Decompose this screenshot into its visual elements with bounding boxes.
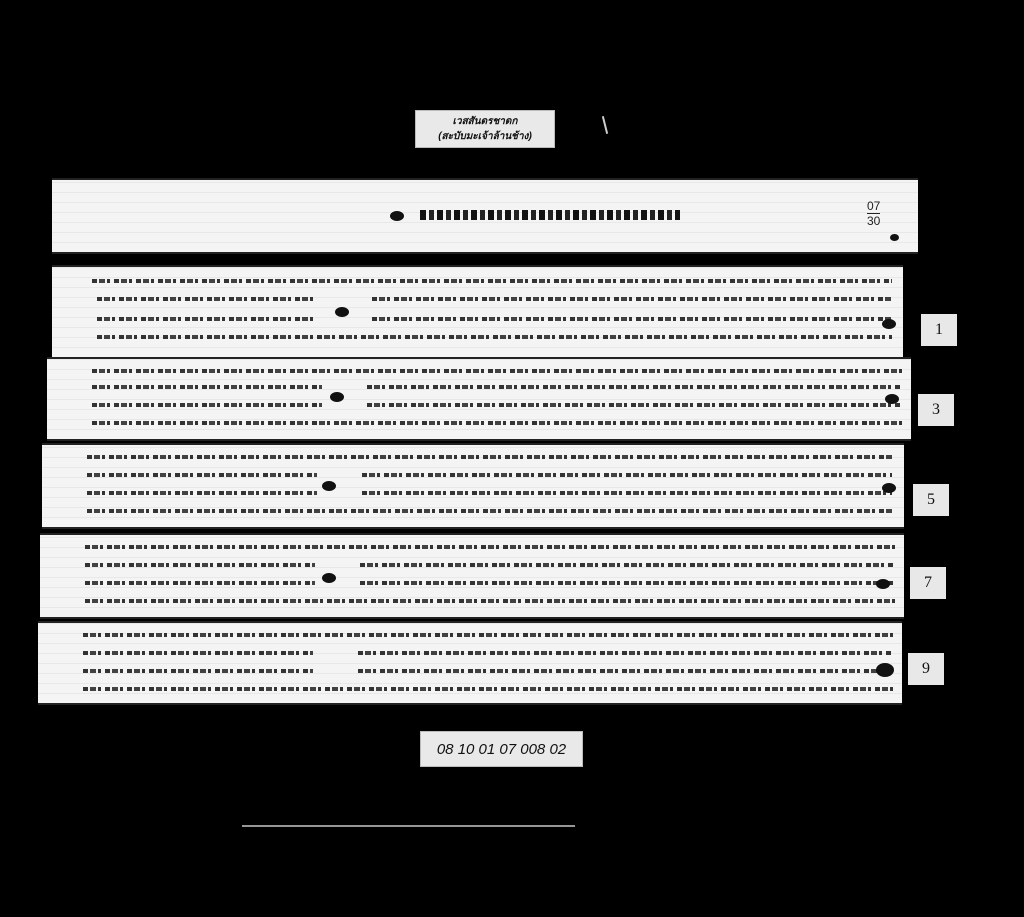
script-line — [85, 599, 895, 603]
cover-leaf: 07 30 — [52, 178, 918, 254]
script-line — [367, 403, 902, 407]
script-line — [358, 651, 893, 655]
catalog-code-label: 08 10 01 07 008 02 — [420, 731, 583, 767]
script-line — [92, 421, 902, 425]
script-line — [372, 297, 892, 301]
script-line — [372, 317, 892, 321]
folio-bottom: 30 — [867, 214, 880, 228]
script-line — [97, 297, 317, 301]
binding-hole-icon — [890, 234, 899, 241]
binding-hole-icon — [322, 573, 336, 583]
binding-hole-icon — [390, 211, 404, 221]
script-line — [85, 581, 315, 585]
script-line — [97, 317, 317, 321]
manuscript-leaf-1 — [52, 265, 903, 359]
binding-hole-icon — [322, 481, 336, 491]
stray-mark — [602, 116, 608, 134]
binding-hole-icon — [330, 392, 344, 402]
script-line — [92, 385, 322, 389]
script-line — [83, 669, 313, 673]
page-tag-7: 7 — [910, 567, 946, 599]
script-line — [92, 279, 892, 283]
page-tag-1: 1 — [921, 314, 957, 346]
binding-hole-icon — [876, 579, 890, 589]
script-line — [87, 473, 317, 477]
binding-hole-icon — [876, 663, 894, 677]
title-line-1: เวสสันดรชาดก — [416, 114, 554, 129]
script-line — [97, 335, 892, 339]
title-line-2: (สะบับมะเจ้าล้านช้าง) — [416, 129, 554, 144]
manuscript-leaf-9 — [38, 621, 902, 705]
manuscript-leaf-7 — [40, 533, 904, 619]
script-line — [360, 581, 895, 585]
manuscript-leaf-3 — [47, 357, 911, 441]
scan-artifact-line — [242, 825, 575, 827]
script-line — [83, 633, 893, 637]
script-line — [362, 473, 892, 477]
page-tag-3: 3 — [918, 394, 954, 426]
binding-hole-icon — [885, 394, 899, 404]
manuscript-title-label: เวสสันดรชาดก (สะบับมะเจ้าล้านช้าง) — [415, 110, 555, 148]
script-line — [83, 687, 893, 691]
script-line — [360, 563, 895, 567]
binding-hole-icon — [335, 307, 349, 317]
script-line — [92, 369, 902, 373]
cover-title-script — [420, 210, 680, 220]
script-line — [87, 491, 317, 495]
folio-number: 07 30 — [867, 199, 880, 228]
script-line — [87, 455, 892, 459]
binding-hole-icon — [882, 483, 896, 493]
script-line — [85, 563, 315, 567]
script-line — [92, 403, 322, 407]
binding-hole-icon — [882, 319, 896, 329]
page-tag-9: 9 — [908, 653, 944, 685]
script-line — [367, 385, 902, 389]
page-tag-5: 5 — [913, 484, 949, 516]
script-line — [85, 545, 895, 549]
folio-top: 07 — [867, 199, 880, 214]
script-line — [83, 651, 313, 655]
manuscript-leaf-5 — [42, 443, 904, 529]
script-line — [87, 509, 892, 513]
script-line — [362, 491, 892, 495]
script-line — [358, 669, 893, 673]
